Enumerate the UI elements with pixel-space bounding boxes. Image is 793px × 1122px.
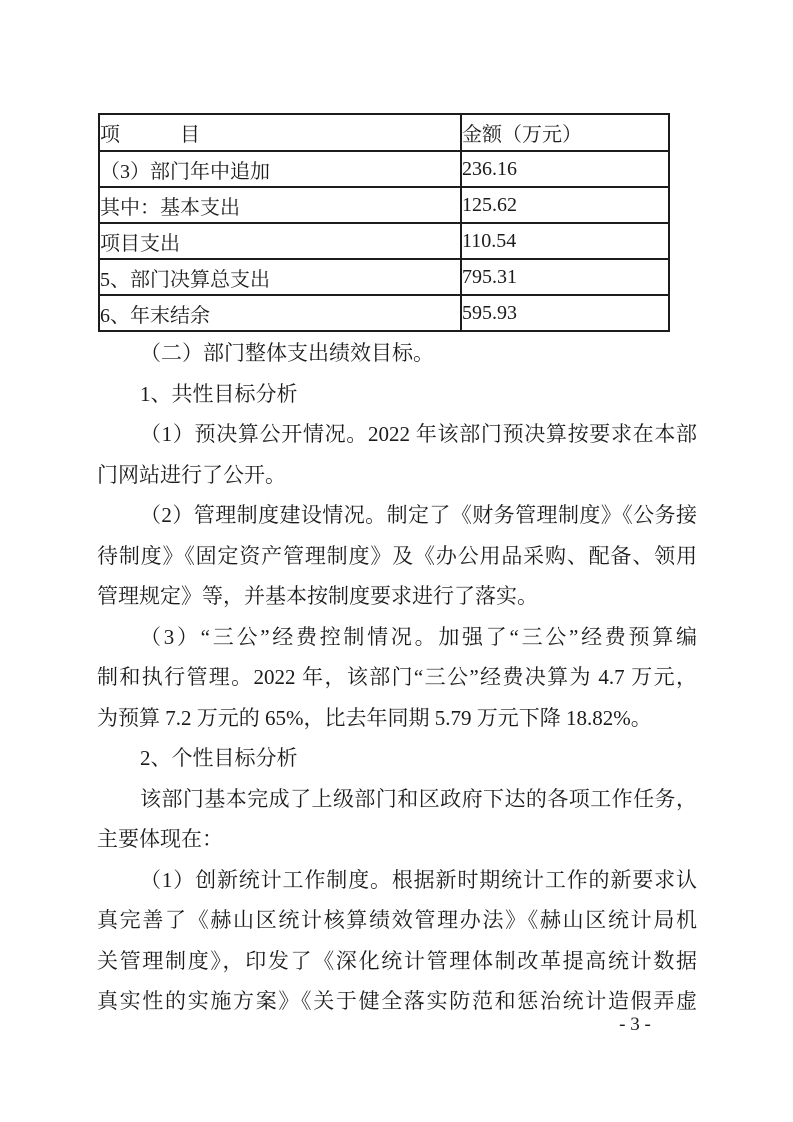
body-line: 待制度》《固定资产管理制度》及《办公用品采购、配备、领用 (97, 536, 697, 577)
body-line: 制和执行管理。2022 年，该部门“三公”经费决算为 4.7 万元， (97, 657, 697, 698)
table-row: 5、部门决算总支出 795.31 (99, 259, 669, 295)
table-header-item: 项 目 (99, 114, 461, 151)
body-line: （1）预决算公开情况。2022 年该部门预决算按要求在本部 (97, 414, 697, 455)
amount-cell: 110.54 (461, 223, 669, 259)
body-line: （2）管理制度建设情况。制定了《财务管理制度》《公务接 (97, 495, 697, 536)
body-line: 为预算 7.2 万元的 65%，比去年同期 5.79 万元下降 18.82%。 (97, 698, 697, 739)
amount-cell: 236.16 (461, 151, 669, 187)
amount-cell: 125.62 (461, 187, 669, 223)
budget-summary-table: 项 目 金额（万元） （3）部门年中追加 236.16 其中：基本支出 125.… (98, 113, 670, 332)
body-line: （1）创新统计工作制度。根据新时期统计工作的新要求认 (97, 860, 697, 901)
table-header-row: 项 目 金额（万元） (99, 114, 669, 151)
body-line: （二）部门整体支出绩效目标。 (97, 333, 697, 374)
table-row: （3）部门年中追加 236.16 (99, 151, 669, 187)
document-page: 项 目 金额（万元） （3）部门年中追加 236.16 其中：基本支出 125.… (0, 0, 793, 1122)
table-header-amount: 金额（万元） (461, 114, 669, 151)
body-line: 1、共性目标分析 (97, 374, 697, 415)
body-text-block: （二）部门整体支出绩效目标。 1、共性目标分析 （1）预决算公开情况。2022 … (97, 333, 697, 1022)
page-number: - 3 - (585, 1012, 685, 1038)
item-cell: （3）部门年中追加 (99, 151, 461, 187)
amount-cell: 795.31 (461, 259, 669, 295)
item-cell: 5、部门决算总支出 (99, 259, 461, 295)
item-cell: 其中：基本支出 (99, 187, 461, 223)
table-row: 项目支出 110.54 (99, 223, 669, 259)
body-line: 真完善了《赫山区统计核算绩效管理办法》《赫山区统计局机 (97, 900, 697, 941)
body-line: 2、个性目标分析 (97, 738, 697, 779)
body-line: （3）“三公”经费控制情况。加强了“三公”经费预算编 (97, 617, 697, 658)
table-row: 6、年末结余 595.93 (99, 295, 669, 331)
body-line: 门网站进行了公开。 (97, 455, 697, 496)
body-line: 主要体现在： (97, 819, 697, 860)
body-line: 管理规定》等，并基本按制度要求进行了落实。 (97, 576, 697, 617)
table-row: 其中：基本支出 125.62 (99, 187, 669, 223)
body-line: 关管理制度》，印发了《深化统计管理体制改革提高统计数据 (97, 941, 697, 982)
amount-cell: 595.93 (461, 295, 669, 331)
body-line: 该部门基本完成了上级部门和区政府下达的各项工作任务， (97, 779, 697, 820)
item-cell: 项目支出 (99, 223, 461, 259)
item-cell: 6、年末结余 (99, 295, 461, 331)
